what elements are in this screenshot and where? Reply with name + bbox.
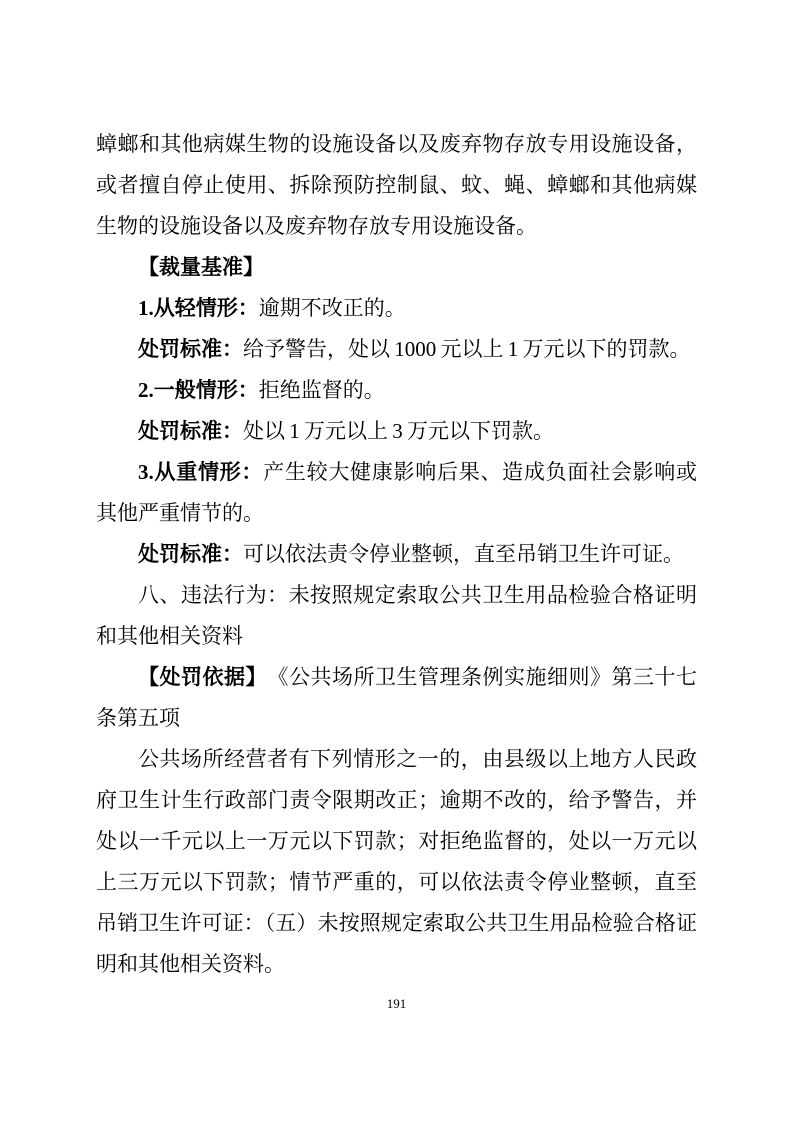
paragraph-bold-label: 【处罚依据】 [138, 665, 257, 689]
paragraph-bold-label: 2.一般情形： [138, 378, 259, 402]
paragraph-illegal-act-8: 八、违法行为：未按照规定索取公共卫生用品检验合格证明和其他相关资料 [96, 575, 697, 657]
section-heading-discretion-basis: 【裁量基准】 [96, 247, 697, 288]
paragraph-text: 给予警告，处以 1000 元以上 1 万元以下的罚款。 [243, 337, 691, 361]
paragraph-bold-label: 3.从重情形： [138, 460, 263, 484]
paragraph-penalty-standard-2: 处罚标准：处以 1 万元以上 3 万元以下罚款。 [96, 411, 697, 452]
document-page: 蟑螂和其他病媒生物的设施设备以及废弃物存放专用设施设备，或者擅自停止使用、拆除预… [0, 0, 793, 1122]
paragraph-text: 公共场所经营者有下列情形之一的，由县级以上地方人民政府卫生计生行政部门责令限期改… [96, 747, 697, 976]
paragraph-penalty-basis: 【处罚依据】 《公共场所卫生管理条例实施细则》第三十七条第五项 [96, 657, 697, 739]
paragraph-bold-label: 1.从轻情形： [138, 296, 259, 320]
paragraph-penalty-standard-3: 处罚标准：可以依法责令停业整顿，直至吊销卫生许可证。 [96, 534, 697, 575]
paragraph-text: 逾期不改正的。 [259, 296, 406, 320]
paragraph-text: 八、违法行为：未按照规定索取公共卫生用品检验合格证明和其他相关资料 [96, 583, 697, 648]
paragraph-text: 拒绝监督的。 [259, 378, 385, 402]
document-body: 蟑螂和其他病媒生物的设施设备以及废弃物存放专用设施设备，或者擅自停止使用、拆除预… [96, 124, 697, 985]
paragraph-lenient-case: 1.从轻情形：逾期不改正的。 [96, 288, 697, 329]
paragraph-bold-label: 处罚标准： [138, 542, 243, 566]
page-number: 191 [0, 995, 793, 1013]
paragraph-text: 蟑螂和其他病媒生物的设施设备以及废弃物存放专用设施设备，或者擅自停止使用、拆除预… [96, 132, 697, 238]
paragraph-regulation-quote: 公共场所经营者有下列情形之一的，由县级以上地方人民政府卫生计生行政部门责令限期改… [96, 739, 697, 985]
paragraph-severe-case: 3.从重情形：产生较大健康影响后果、造成负面社会影响或其他严重情节的。 [96, 452, 697, 534]
paragraph-bold-label: 处罚标准： [138, 419, 243, 443]
paragraph-penalty-standard-1: 处罚标准：给予警告，处以 1000 元以上 1 万元以下的罚款。 [96, 329, 697, 370]
paragraph-carryover: 蟑螂和其他病媒生物的设施设备以及废弃物存放专用设施设备，或者擅自停止使用、拆除预… [96, 124, 697, 247]
paragraph-text: 可以依法责令停业整顿，直至吊销卫生许可证。 [243, 542, 684, 566]
paragraph-bold-label: 处罚标准： [138, 337, 243, 361]
paragraph-text: 处以 1 万元以上 3 万元以下罚款。 [243, 419, 554, 443]
paragraph-bold-label: 【裁量基准】 [138, 255, 264, 279]
paragraph-general-case: 2.一般情形：拒绝监督的。 [96, 370, 697, 411]
